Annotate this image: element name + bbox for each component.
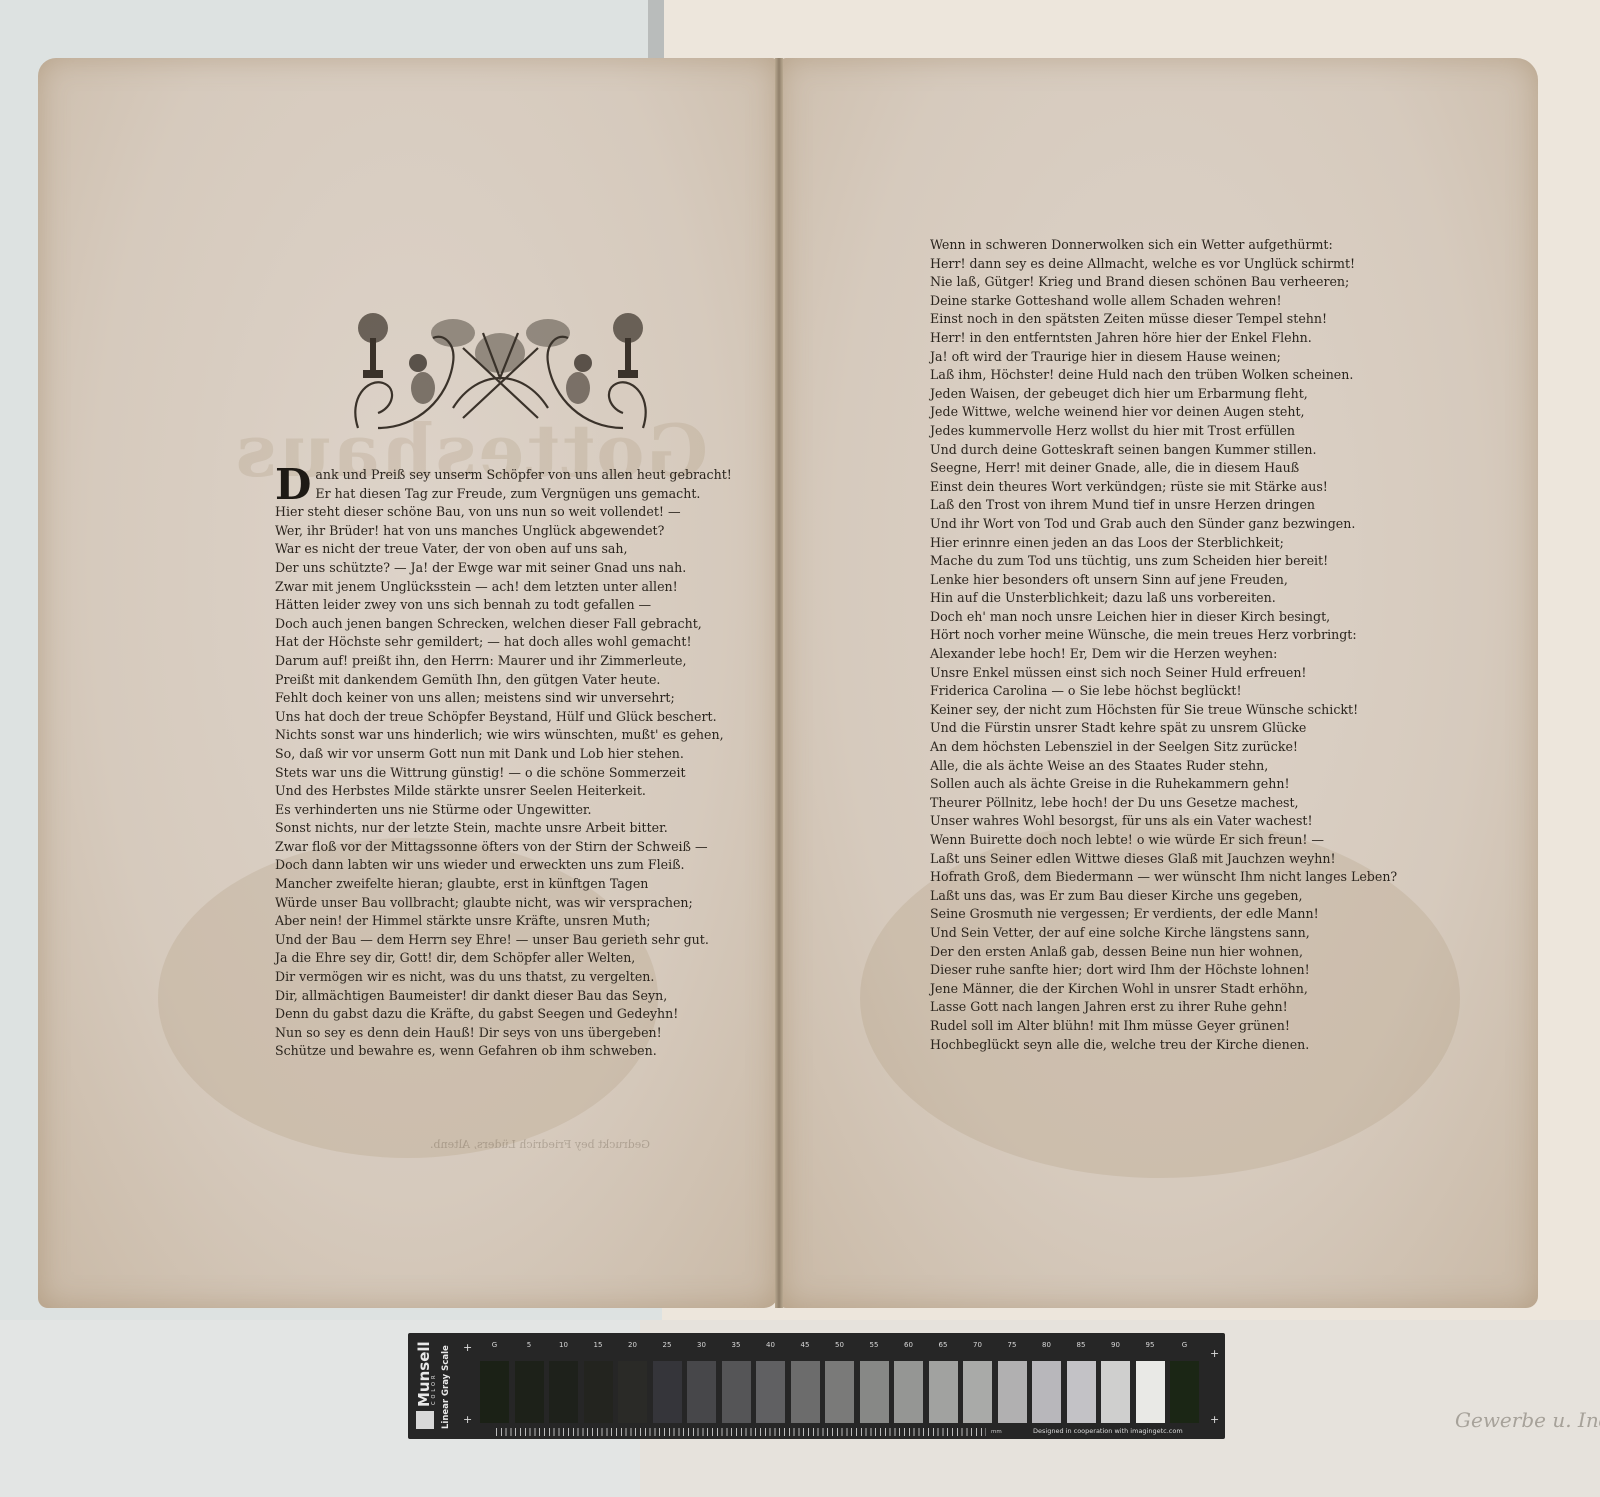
poem-line: Wenn Buirette doch noch lebte! o wie wür… bbox=[930, 831, 1397, 850]
poem-line: Darum auf! preißt ihn, den Herrn: Maurer… bbox=[275, 652, 724, 671]
poem-line: Doch eh' man noch unsre Leichen hier in … bbox=[930, 608, 1397, 627]
gray-swatch bbox=[687, 1361, 716, 1423]
poem-line: Mancher zweifelte hieran; glaubte, erst … bbox=[275, 875, 724, 894]
poem-line: Und Sein Vetter, der auf eine solche Kir… bbox=[930, 924, 1397, 943]
gray-swatch bbox=[480, 1361, 509, 1423]
swatch-label: 85 bbox=[1067, 1341, 1096, 1349]
right-poem-text: Wenn in schweren Donnerwolken sich ein W… bbox=[930, 236, 1397, 1054]
gray-swatch bbox=[825, 1361, 854, 1423]
poem-line: Wer, ihr Brüder! hat von uns manches Ung… bbox=[275, 522, 724, 541]
poem-line: Mache du zum Tod uns tüchtig, uns zum Sc… bbox=[930, 552, 1397, 571]
poem-line: Unser wahres Wohl besorgst, für uns als … bbox=[930, 812, 1397, 831]
poem-line: Jeden Waisen, der gebeuget dich hier um … bbox=[930, 385, 1397, 404]
poem-line: Und durch deine Gotteskraft seinen bange… bbox=[930, 441, 1397, 460]
poem-line: Herr! in den entferntsten Jahren höre hi… bbox=[930, 329, 1397, 348]
swatch-label: 60 bbox=[894, 1341, 923, 1349]
swatch-label: 45 bbox=[791, 1341, 820, 1349]
gray-swatch bbox=[584, 1361, 613, 1423]
poem-line: Dir, allmächtigen Baumeister! dir dankt … bbox=[275, 987, 724, 1006]
gray-swatch bbox=[929, 1361, 958, 1423]
munsell-logo-icon bbox=[416, 1411, 434, 1429]
poem-line: Alle, die als ächte Weise an des Staates… bbox=[930, 757, 1397, 776]
swatch-label: 30 bbox=[687, 1341, 716, 1349]
gray-swatch bbox=[618, 1361, 647, 1423]
registration-mark-icon: + bbox=[1210, 1347, 1219, 1360]
registration-mark-icon: + bbox=[463, 1413, 472, 1426]
gray-swatch bbox=[1032, 1361, 1061, 1423]
gray-swatch-row: G5101520253035404550556065707580859095G bbox=[480, 1333, 1200, 1439]
poem-line: Seegne, Herr! mit deiner Gnade, alle, di… bbox=[930, 459, 1397, 478]
swatch-label: 80 bbox=[1032, 1341, 1061, 1349]
poem-line: Uns hat doch der treue Schöpfer Beystand… bbox=[275, 708, 724, 727]
poem-line: Laß ihm, Höchster! deine Huld nach den t… bbox=[930, 366, 1397, 385]
swatch-label: 65 bbox=[929, 1341, 958, 1349]
poem-line: Ja! oft wird der Traurige hier in diesem… bbox=[930, 348, 1397, 367]
poem-line: Rudel soll im Alter blühn! mit Ihm müsse… bbox=[930, 1017, 1397, 1036]
poem-line: Einst noch in den spätsten Zeiten müsse … bbox=[930, 310, 1397, 329]
poem-line: Würde unser Bau vollbracht; glaubte nich… bbox=[275, 894, 724, 913]
poem-line: Doch auch jenen bangen Schrecken, welche… bbox=[275, 615, 724, 634]
poem-line: Dieser ruhe sanfte hier; dort wird Ihm d… bbox=[930, 961, 1397, 980]
poem-line: Der den ersten Anlaß gab, dessen Beine n… bbox=[930, 943, 1397, 962]
swatch-label: G bbox=[480, 1341, 509, 1349]
gray-swatch bbox=[894, 1361, 923, 1423]
poem-line: Und des Herbstes Milde stärkte unsrer Se… bbox=[275, 782, 724, 801]
card-credit: Designed in cooperation with imagingetc.… bbox=[1033, 1427, 1183, 1435]
poem-line: Nun so sey es denn dein Hauß! Dir seys v… bbox=[275, 1024, 724, 1043]
poem-line: Nie laß, Gütger! Krieg und Brand diesen … bbox=[930, 273, 1397, 292]
gray-swatch bbox=[653, 1361, 682, 1423]
poem-line: Es verhinderten uns nie Stürme oder Unge… bbox=[275, 801, 724, 820]
gray-swatch bbox=[549, 1361, 578, 1423]
registration-mark-icon: + bbox=[1210, 1413, 1219, 1426]
poem-line: Hier steht dieser schöne Bau, von uns nu… bbox=[275, 503, 724, 522]
dropcap-letter: D bbox=[275, 468, 311, 502]
swatch-label: 10 bbox=[549, 1341, 578, 1349]
poem-line: Alexander lebe hoch! Er, Dem wir die Her… bbox=[930, 645, 1397, 664]
swatch-label: 5 bbox=[515, 1341, 544, 1349]
swatch-label: 55 bbox=[860, 1341, 889, 1349]
poem-line: Und die Fürstin unsrer Stadt kehre spät … bbox=[930, 719, 1397, 738]
poem-line: Der uns schützte? — Ja! der Ewge war mit… bbox=[275, 559, 724, 578]
ornamental-vignette-icon bbox=[338, 308, 663, 433]
poem-line: Jede Wittwe, welche weinend hier vor dei… bbox=[930, 403, 1397, 422]
poem-line: Stets war uns die Wittrung günstig! — o … bbox=[275, 764, 724, 783]
poem-line: Zwar floß vor der Mittagssonne öfters vo… bbox=[275, 838, 724, 857]
poem-line: Sollen auch als ächte Greise in die Ruhe… bbox=[930, 775, 1397, 794]
gray-swatch bbox=[1136, 1361, 1165, 1423]
swatch-label: 20 bbox=[618, 1341, 647, 1349]
mirrored-printer-line: Gedruckt bey Friedrich Lüders, Altenb. bbox=[430, 1138, 650, 1151]
swatch-label: 35 bbox=[722, 1341, 751, 1349]
munsell-gray-scale-card: Munsell COLOR Linear Gray Scale + + + + … bbox=[408, 1333, 1225, 1439]
poem-line: An dem höchsten Lebensziel in der Seelge… bbox=[930, 738, 1397, 757]
gray-swatch bbox=[1101, 1361, 1130, 1423]
poem-line: Dir vermögen wir es nicht, was du uns th… bbox=[275, 968, 724, 987]
poem-line: Fehlt doch keiner von uns allen; meisten… bbox=[275, 689, 724, 708]
poem-line: Einst dein theures Wort verkündgen; rüst… bbox=[930, 478, 1397, 497]
poem-line: Doch dann labten wir uns wieder und erwe… bbox=[275, 856, 724, 875]
swatch-label: 75 bbox=[998, 1341, 1027, 1349]
poem-line: Schütze und bewahre es, wenn Gefahren ob… bbox=[275, 1042, 724, 1061]
poem-line: Hin auf die Unsterblichkeit; dazu laß un… bbox=[930, 589, 1397, 608]
card-branding: Munsell COLOR Linear Gray Scale bbox=[414, 1339, 454, 1433]
gray-swatch bbox=[722, 1361, 751, 1423]
poem-line: Hört noch vorher meine Wünsche, die mein… bbox=[930, 626, 1397, 645]
poem-line: Hätten leider zwey von uns sich bennah z… bbox=[275, 596, 724, 615]
center-fold bbox=[775, 58, 783, 1308]
registration-mark-icon: + bbox=[463, 1341, 472, 1354]
swatch-label: G bbox=[1170, 1341, 1199, 1349]
poem-line: Unsre Enkel müssen einst sich noch Seine… bbox=[930, 664, 1397, 683]
mm-ruler bbox=[496, 1428, 986, 1436]
poem-line: Seine Grosmuth nie vergessen; Er verdien… bbox=[930, 905, 1397, 924]
poem-line: Und ihr Wort von Tod und Grab auch den S… bbox=[930, 515, 1397, 534]
gray-swatch bbox=[998, 1361, 1027, 1423]
poem-line: Er hat diesen Tag zur Freude, zum Vergnü… bbox=[275, 485, 724, 504]
poem-line: Hat der Höchste sehr gemildert; — hat do… bbox=[275, 633, 724, 652]
poem-line: Hofrath Groß, dem Biedermann — wer wünsc… bbox=[930, 868, 1397, 887]
poem-line: Laß den Trost von ihrem Mund tief in uns… bbox=[930, 496, 1397, 515]
poem-line: Preißt mit dankendem Gemüth Ihn, den güt… bbox=[275, 671, 724, 690]
poem-line: Jene Männer, die der Kirchen Wohl in uns… bbox=[930, 980, 1397, 999]
gray-swatch bbox=[1170, 1361, 1199, 1423]
poem-line: Friderica Carolina — o Sie lebe höchst b… bbox=[930, 682, 1397, 701]
poem-line: Herr! dann sey es deine Allmacht, welche… bbox=[930, 255, 1397, 274]
poem-line: So, daß wir vor unserm Gott nun mit Dank… bbox=[275, 745, 724, 764]
swatch-label: 95 bbox=[1136, 1341, 1165, 1349]
poem-line: Zwar mit jenem Unglücksstein — ach! dem … bbox=[275, 578, 724, 597]
swatch-label: 25 bbox=[653, 1341, 682, 1349]
poem-line: Sonst nichts, nur der letzte Stein, mach… bbox=[275, 819, 724, 838]
poem-line: Keiner sey, der nicht zum Höchsten für S… bbox=[930, 701, 1397, 720]
poem-line: Wenn in schweren Donnerwolken sich ein W… bbox=[930, 236, 1397, 255]
poem-line: Deine starke Gotteshand wolle allem Scha… bbox=[930, 292, 1397, 311]
poem-line: Laßt uns das, was Er zum Bau dieser Kirc… bbox=[930, 887, 1397, 906]
swatch-label: 15 bbox=[584, 1341, 613, 1349]
gray-swatch bbox=[756, 1361, 785, 1423]
poem-line: ank und Preiß sey unserm Schöpfer von un… bbox=[275, 466, 724, 485]
handwritten-annotation: Gewerbe u. Industr bbox=[1455, 1408, 1600, 1432]
swatch-label: 90 bbox=[1101, 1341, 1130, 1349]
poem-line: Lasse Gott nach langen Jahren erst zu ih… bbox=[930, 998, 1397, 1017]
poem-line: Und der Bau — dem Herrn sey Ehre! — unse… bbox=[275, 931, 724, 950]
swatch-label: 40 bbox=[756, 1341, 785, 1349]
poem-line: Aber nein! der Himmel stärkte unsre Kräf… bbox=[275, 912, 724, 931]
poem-line: Theurer Pöllnitz, lebe hoch! der Du uns … bbox=[930, 794, 1397, 813]
poem-line: Laßt uns Seiner edlen Wittwe dieses Glaß… bbox=[930, 850, 1397, 869]
gray-swatch bbox=[1067, 1361, 1096, 1423]
poem-line: Denn du gabst dazu die Kräfte, du gabst … bbox=[275, 1005, 724, 1024]
poem-line: Jedes kummervolle Herz wollst du hier mi… bbox=[930, 422, 1397, 441]
swatch-label: 70 bbox=[963, 1341, 992, 1349]
poem-line: War es nicht der treue Vater, der von ob… bbox=[275, 540, 724, 559]
swatch-label: 50 bbox=[825, 1341, 854, 1349]
card-title: Linear Gray Scale bbox=[441, 1345, 451, 1429]
gray-swatch bbox=[791, 1361, 820, 1423]
poem-line: Lenke hier besonders oft unsern Sinn auf… bbox=[930, 571, 1397, 590]
gray-swatch bbox=[515, 1361, 544, 1423]
gray-swatch bbox=[860, 1361, 889, 1423]
gray-swatch bbox=[963, 1361, 992, 1423]
poem-line: Hier erinnre einen jeden an das Loos der… bbox=[930, 534, 1397, 553]
brand-subtitle: COLOR bbox=[431, 1373, 437, 1405]
poem-line: Ja die Ehre sey dir, Gott! dir, dem Schö… bbox=[275, 949, 724, 968]
poem-line: Hochbeglückt seyn alle die, welche treu … bbox=[930, 1036, 1397, 1055]
left-poem-text: D ank und Preiß sey unserm Schöpfer von … bbox=[275, 466, 724, 1061]
poem-line: Nichts sonst war uns hinderlich; wie wir… bbox=[275, 726, 724, 745]
ruler-unit: mm bbox=[991, 1429, 1002, 1435]
